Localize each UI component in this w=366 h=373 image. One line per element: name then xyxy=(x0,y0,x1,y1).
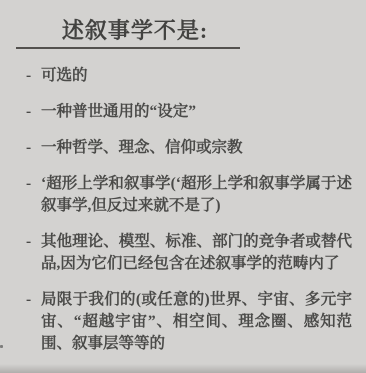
list-item: - 可选的 xyxy=(26,65,352,87)
bullet-list: - 可选的 - 一种普世通用的“设定” - 一种哲学、理念、信仰或宗教 - ‘超… xyxy=(26,65,352,355)
list-item-text: ‘超形上学和叙事学(‘超形上学和叙事学属于述叙事学,但反过来就不是了) xyxy=(41,173,352,217)
list-item: - 局限于我们的(或任意的)世界、宇宙、多元宇宙、“超越宇宙”、相空间、理念圈、… xyxy=(26,289,352,355)
list-item: - 一种哲学、理念、信仰或宗教 xyxy=(26,137,352,159)
list-item: - 一种普世通用的“设定” xyxy=(26,101,352,123)
list-item: - ‘超形上学和叙事学(‘超形上学和叙事学属于述叙事学,但反过来就不是了) xyxy=(26,173,352,217)
left-edge-artifact xyxy=(0,345,3,348)
bullet-dash: - xyxy=(26,65,41,87)
slide: 述叙事学不是: - 可选的 - 一种普世通用的“设定” - 一种哲学、理念、信仰… xyxy=(0,14,366,355)
list-item-text: 可选的 xyxy=(41,65,352,87)
list-item-text: 其他理论、模型、标准、部门的竞争者或替代品,因为它们已经包含在述叙事学的范畴内了 xyxy=(41,231,352,275)
list-item-text: 一种普世通用的“设定” xyxy=(41,101,352,123)
bottom-edge-shadow xyxy=(0,364,366,373)
bullet-dash: - xyxy=(26,289,41,311)
list-item-text: 局限于我们的(或任意的)世界、宇宙、多元宇宙、“超越宇宙”、相空间、理念圈、感知… xyxy=(41,289,352,355)
page-title: 述叙事学不是: xyxy=(16,14,240,45)
list-item: - 其他理论、模型、标准、部门的竞争者或替代品,因为它们已经包含在述叙事学的范畴… xyxy=(26,231,352,275)
bullet-dash: - xyxy=(26,231,41,253)
bullet-dash: - xyxy=(26,137,41,159)
bullet-dash: - xyxy=(26,101,41,123)
list-item-text: 一种哲学、理念、信仰或宗教 xyxy=(41,137,352,159)
title-block: 述叙事学不是: xyxy=(16,14,240,49)
bullet-dash: - xyxy=(26,173,41,195)
